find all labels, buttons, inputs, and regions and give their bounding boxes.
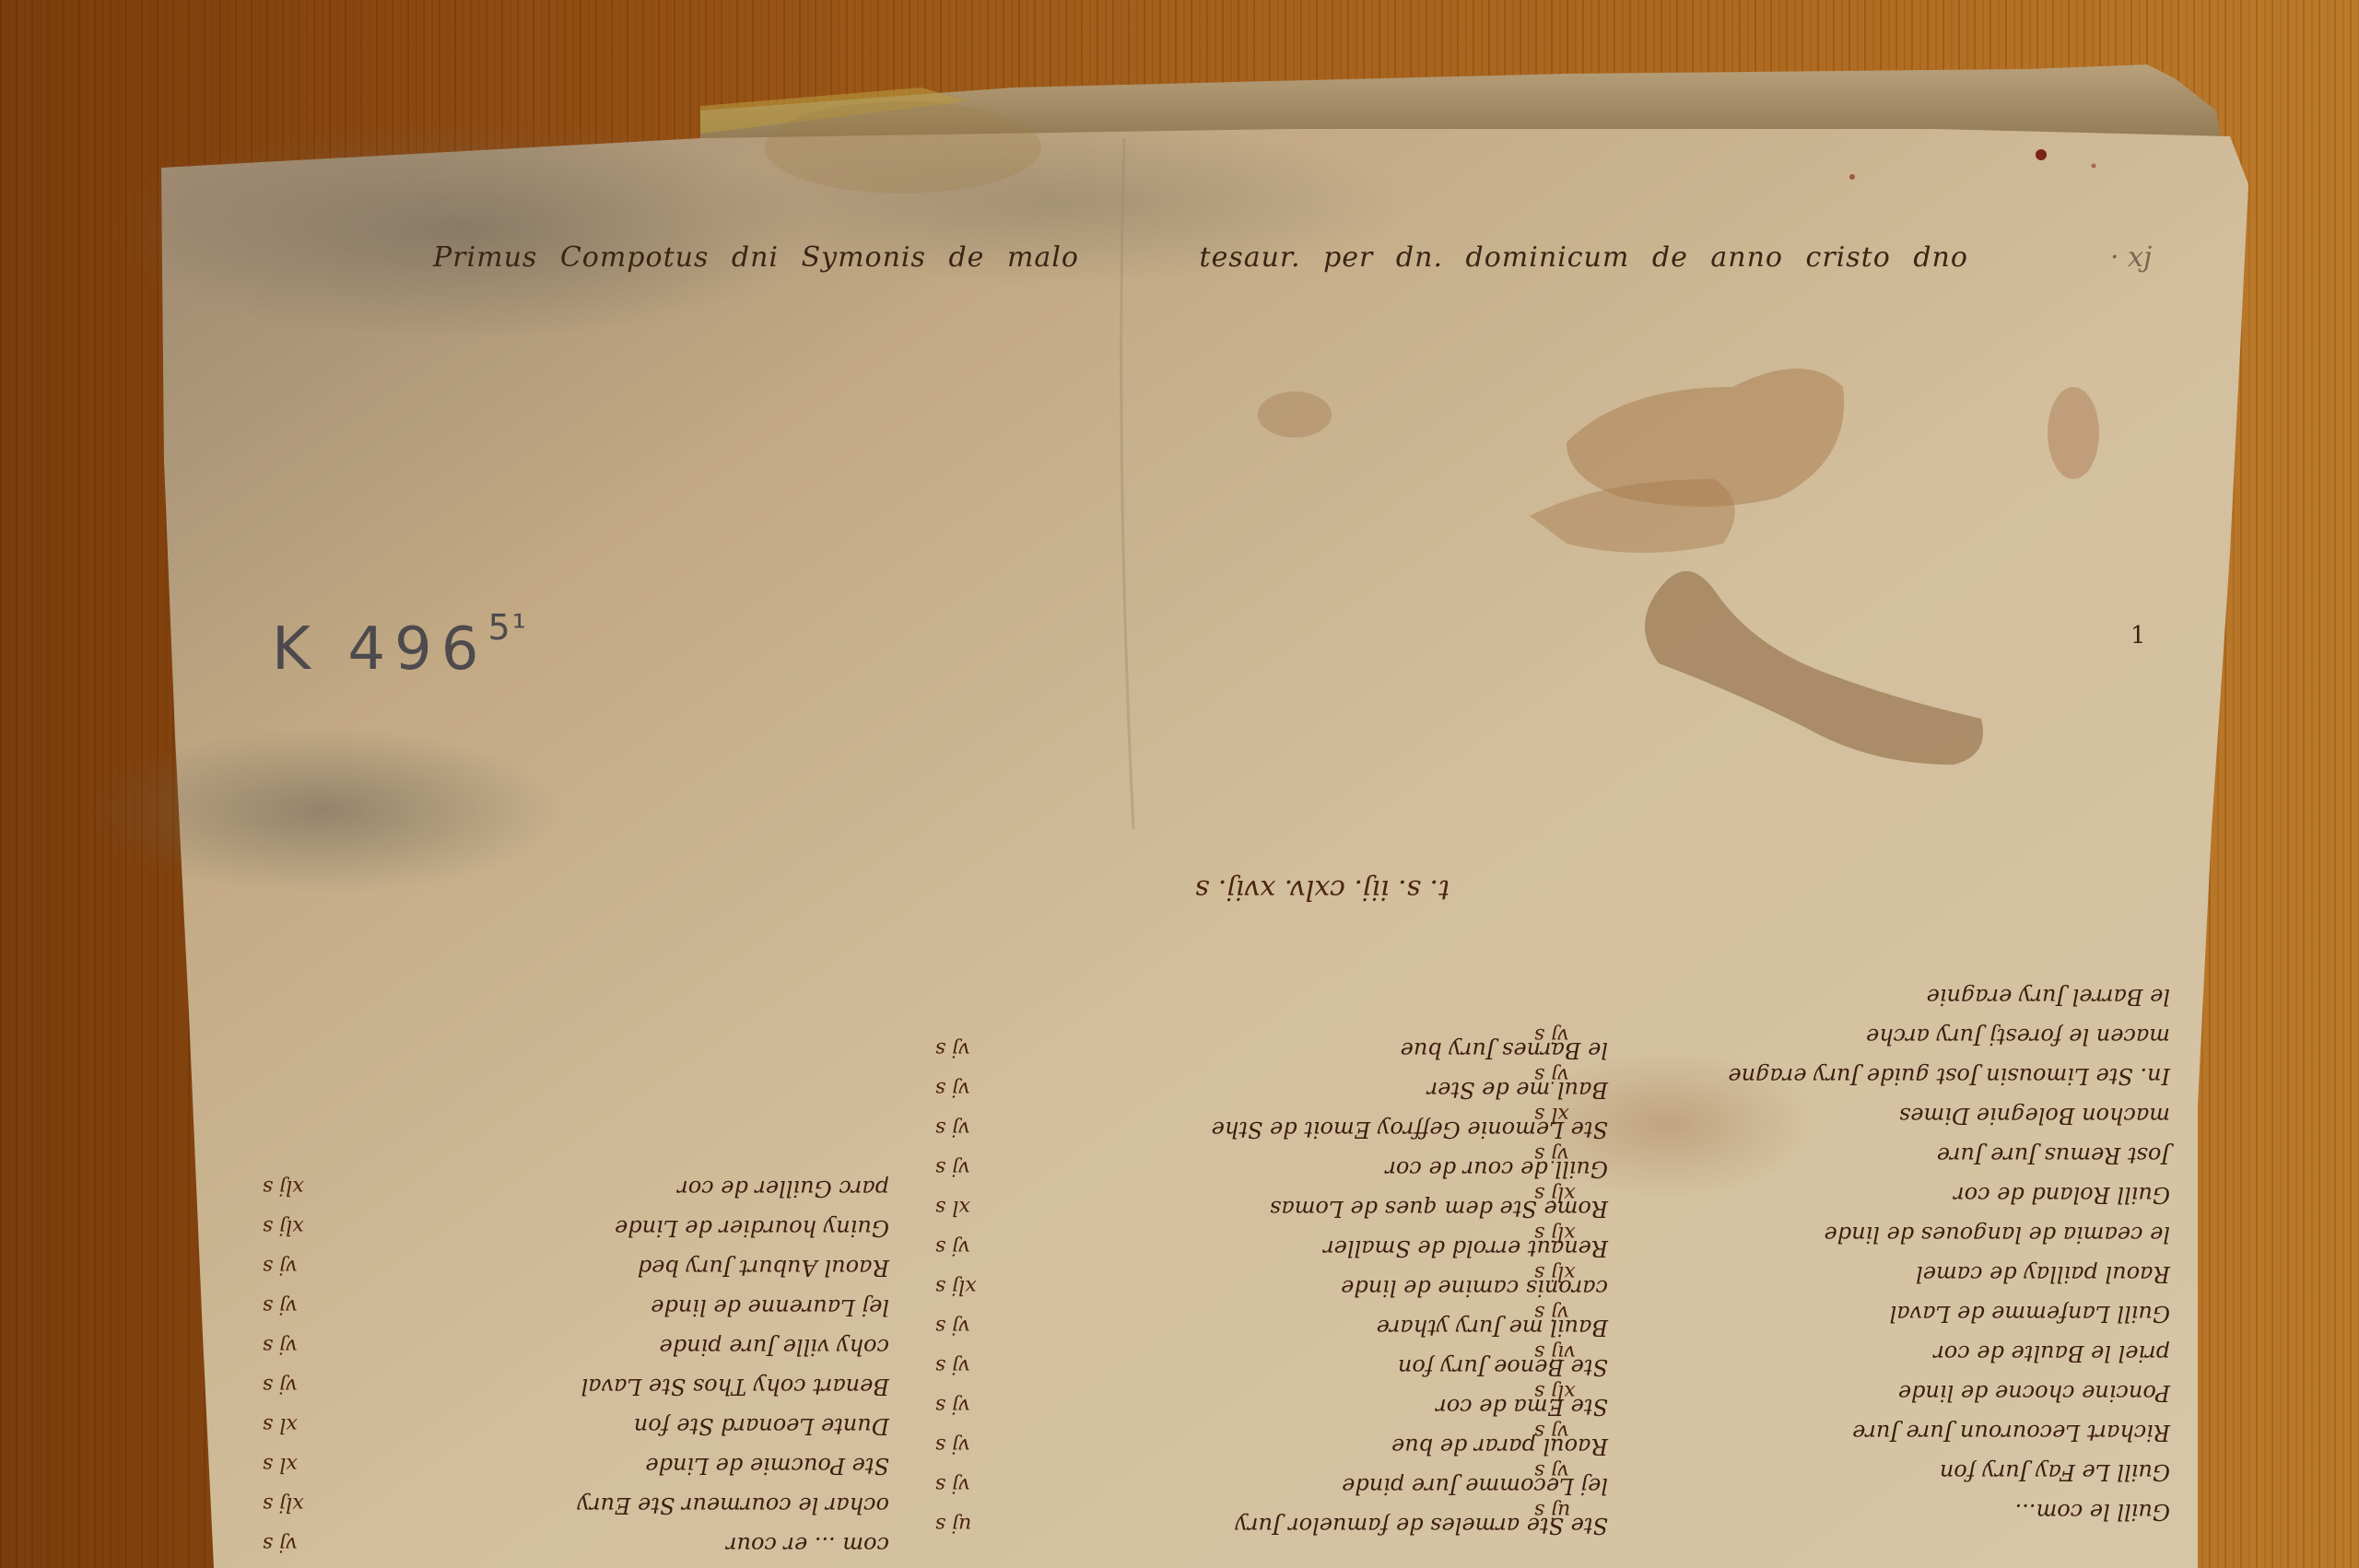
- list-item: Raoul Auburt Jury bedvj s: [263, 1247, 889, 1287]
- entry-name: Raoul Auburt Jury bed: [318, 1247, 889, 1287]
- list-item: priel le Baulte de corvij s: [1534, 1333, 2170, 1373]
- header-word: de: [948, 241, 984, 274]
- entry-name: machon Bolegnie Dimes: [1590, 1095, 2170, 1135]
- list-item: Baul me de Stervj s: [935, 1070, 1608, 1109]
- entry-name: Ste Ste armeles de famuelor Jury: [991, 1505, 1608, 1545]
- entries-column-middle: le Barnes Jury buevj s Baul me de Stervj…: [935, 1030, 1608, 1545]
- entry-name: le ceamia de langoues de linde: [1590, 1214, 2170, 1254]
- list-item: le ceamia de langoues de lindexlj s: [1534, 1214, 2170, 1254]
- list-item: caronis camine de lindexlj s: [935, 1268, 1608, 1307]
- list-item: Bauil me Jury ytharevj s: [935, 1307, 1608, 1347]
- entry-name: cohy ville Jure pinde: [318, 1327, 889, 1366]
- entry-name: com ... er cour: [318, 1525, 889, 1564]
- entry-name: Richart Lecouroun Jure Jure: [1590, 1412, 2170, 1452]
- entries-column-left: parc Guiller de corxlj s Guiny hourdier …: [263, 1168, 889, 1564]
- list-item: Ste Ste armeles de famuelor Juryuj s: [935, 1505, 1608, 1545]
- entry-name: Benart cohy Thos Ste Laval: [318, 1366, 889, 1406]
- list-item: Dunte Leonard Ste fonxl s: [263, 1406, 889, 1445]
- entry-amount: vj s: [935, 1346, 991, 1386]
- header-word: dn.: [1396, 241, 1443, 274]
- entry-name: ochar le courmeur Ste Eury: [318, 1485, 889, 1525]
- entry-amount: vj s: [935, 1425, 991, 1465]
- list-item: Guill Lanfemme de Lavalvj s: [1534, 1293, 2170, 1333]
- entry-name: Guill Roland de cor: [1590, 1175, 2170, 1214]
- entry-name: Dunte Leonard Ste fon: [318, 1406, 889, 1445]
- entry-name: lej Laurenne de linde: [318, 1287, 889, 1327]
- entries-column-right: le Barrel Jury eragnie macen le forestj …: [1534, 977, 2170, 1531]
- header-word: Compotus: [560, 241, 710, 274]
- list-item: Guill Le Fay Jury fonvj s: [1534, 1452, 2170, 1492]
- parchment-roll: Primus Compotus dni Symonis de malo tesa…: [0, 0, 2359, 1568]
- entry-amount: xlj s: [263, 1167, 318, 1207]
- entry-amount: xlj s: [263, 1484, 318, 1524]
- header-word: Symonis: [802, 241, 926, 274]
- list-item: Ste Ema de corvj s: [935, 1387, 1608, 1426]
- entry-amount: vj s: [935, 1108, 991, 1148]
- entry-name: Guill le com...: [1590, 1492, 2170, 1531]
- entry-name: macen le forestj Jury arche: [1590, 1016, 2170, 1056]
- entry-name: le Barnes Jury bue: [991, 1030, 1608, 1070]
- header-word: tesaur.: [1200, 241, 1301, 274]
- entry-name: Guill Lanfemme de Laval: [1590, 1293, 2170, 1333]
- margin-mark: 1: [2130, 622, 2146, 649]
- list-item: Guill de cour de corvj s: [935, 1149, 1608, 1188]
- entry-name: Ste Ema de cor: [991, 1387, 1608, 1426]
- header-word: cristo: [1806, 241, 1891, 274]
- entry-name: Ste Poucmie de Linde: [318, 1445, 889, 1485]
- header-word: Primus: [433, 241, 537, 274]
- list-item: ochar le courmeur Ste Euryxlj s: [263, 1485, 889, 1525]
- entry-amount: xl s: [935, 1188, 991, 1227]
- entry-name: Guill de cour de cor: [991, 1149, 1608, 1188]
- list-item: le Barrel Jury eragnie: [1534, 977, 2170, 1016]
- entry-amount: vj s: [263, 1246, 318, 1286]
- list-item: Guiny hourdier de Lindexlj s: [263, 1208, 889, 1247]
- list-item: In. Ste Limousin Jost guide Jury eragnev…: [1534, 1056, 2170, 1095]
- list-item: com ... er courvj s: [263, 1525, 889, 1564]
- entry-name: Ste Benoe Jury fon: [991, 1347, 1608, 1387]
- entry-name: le Barrel Jury eragnie: [1590, 977, 2170, 1016]
- list-item: lej Lecomme Jure pindevj s: [935, 1466, 1608, 1505]
- entry-name: caronis camine de linde: [991, 1268, 1608, 1307]
- list-item: Ste Benoe Jury fonvj s: [935, 1347, 1608, 1387]
- entry-name: Raoul paillay de camel: [1590, 1254, 2170, 1293]
- entry-name: Ste Lemonie Geffroy Emoit de Sthe: [991, 1109, 1608, 1149]
- entry-amount: vj s: [935, 1386, 991, 1425]
- entry-name: Jost Remus Jure Jure: [1590, 1135, 2170, 1175]
- archive-call-mark: K 4965¹: [272, 615, 528, 684]
- header-word: dni: [732, 241, 779, 274]
- header-word: malo: [1007, 241, 1079, 274]
- list-item: Renaut errold de Smallervj s: [935, 1228, 1608, 1268]
- entry-amount: vj s: [935, 1148, 991, 1188]
- list-item: cohy ville Jure pindevj s: [263, 1327, 889, 1366]
- entry-amount: uj s: [935, 1504, 991, 1544]
- entry-name: Raoul parar de bue: [991, 1426, 1608, 1466]
- total-line: t. s. iij. cxlv. xvij. s: [1147, 873, 1497, 906]
- entry-name: lej Lecomme Jure pinde: [991, 1466, 1608, 1505]
- header-word: dno: [1913, 241, 1968, 274]
- list-item: Benart cohy Thos Ste Lavalvj s: [263, 1366, 889, 1406]
- entry-amount: vj s: [263, 1524, 318, 1563]
- list-item: Ste Poucmie de Lindexl s: [263, 1445, 889, 1485]
- list-item: le Barnes Jury buevj s: [935, 1030, 1608, 1070]
- entry-name: Guill Le Fay Jury fon: [1590, 1452, 2170, 1492]
- entry-amount: xlj s: [935, 1267, 991, 1306]
- header-word: anno: [1710, 241, 1783, 274]
- list-item: Rome Ste dem ques de Lomasxl s: [935, 1188, 1608, 1228]
- entry-name: Baul me de Ster: [991, 1070, 1608, 1109]
- entry-amount: vj s: [935, 1306, 991, 1346]
- document-header: Primus Compotus dni Symonis de malo tesa…: [433, 241, 2000, 274]
- list-item: lej Laurenne de lindevj s: [263, 1287, 889, 1327]
- entry-name: In. Ste Limousin Jost guide Jury eragne: [1590, 1056, 2170, 1095]
- list-item: Guill le com...uj s: [1534, 1492, 2170, 1531]
- entry-name: Poncine chocne de linde: [1590, 1373, 2170, 1412]
- entry-amount: xlj s: [263, 1207, 318, 1246]
- entry-name: Guiny hourdier de Linde: [318, 1208, 889, 1247]
- entry-amount: vj s: [263, 1326, 318, 1365]
- header-right-mark: · xj: [2110, 241, 2152, 274]
- list-item: macen le forestj Jury archevj s: [1534, 1016, 2170, 1056]
- list-item: machon Bolegnie Dimesxl s: [1534, 1095, 2170, 1135]
- entry-name: priel le Baulte de cor: [1590, 1333, 2170, 1373]
- entry-amount: vj s: [935, 1069, 991, 1108]
- entry-amount: vj s: [935, 1465, 991, 1504]
- entry-name: Renaut errold de Smaller: [991, 1228, 1608, 1268]
- header-word: per: [1323, 241, 1373, 274]
- entry-amount: xl s: [263, 1445, 318, 1484]
- list-item: parc Guiller de corxlj s: [263, 1168, 889, 1208]
- list-item: Jost Remus Jure Jurevj s: [1534, 1135, 2170, 1175]
- entry-name: Bauil me Jury ythare: [991, 1307, 1608, 1347]
- list-item: Raoul paillay de camelxlj s: [1534, 1254, 2170, 1293]
- header-word: de: [1652, 241, 1688, 274]
- entry-amount: vj s: [263, 1286, 318, 1326]
- entry-name: parc Guiller de cor: [318, 1168, 889, 1208]
- list-item: Raoul parar de buevj s: [935, 1426, 1608, 1466]
- list-item: Richart Lecouroun Jure Jurevj s: [1534, 1412, 2170, 1452]
- call-mark-main: K 496: [272, 615, 487, 684]
- entry-amount: xl s: [263, 1405, 318, 1445]
- entry-amount: vj s: [935, 1029, 991, 1069]
- entry-name: Rome Ste dem ques de Lomas: [991, 1188, 1608, 1228]
- list-item: Guill Roland de corxlj s: [1534, 1175, 2170, 1214]
- list-item: Poncine chocne de lindexlj s: [1534, 1373, 2170, 1412]
- entry-amount: vj s: [263, 1365, 318, 1405]
- list-item: Ste Lemonie Geffroy Emoit de Sthevj s: [935, 1109, 1608, 1149]
- call-mark-sup: 5¹: [487, 607, 527, 648]
- entry-amount: vj s: [935, 1227, 991, 1267]
- header-word: dominicum: [1466, 241, 1630, 274]
